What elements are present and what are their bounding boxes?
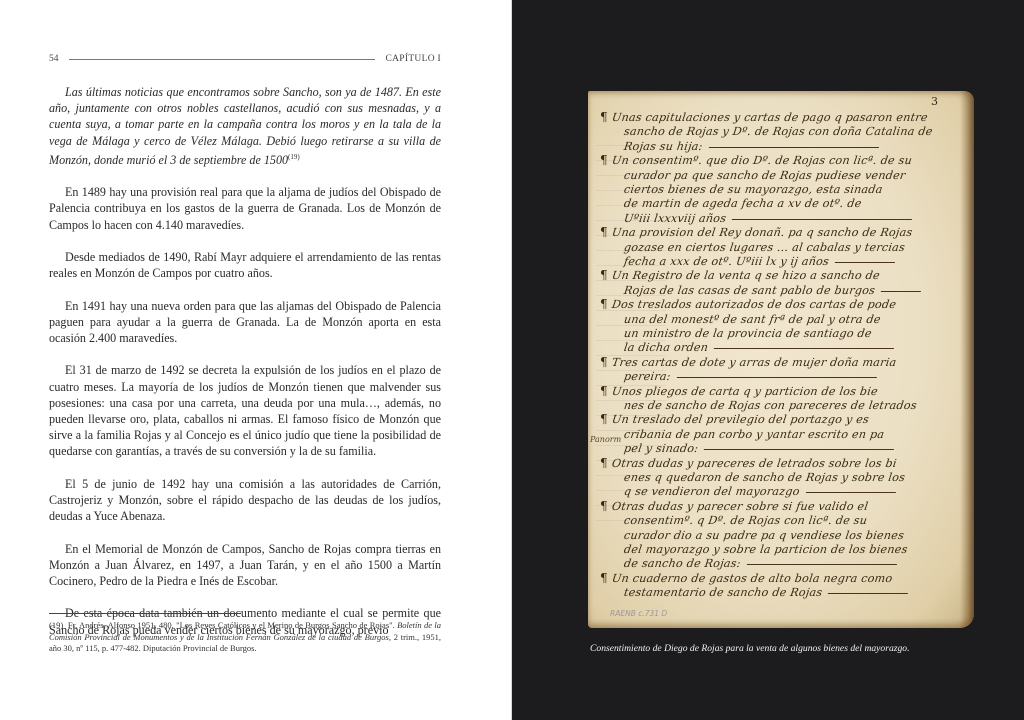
- paragraph-2: En 1489 hay una provisión real para que …: [49, 184, 441, 233]
- line-filler: [704, 449, 894, 450]
- line-filler: [747, 564, 897, 565]
- folio-number: 3: [931, 95, 938, 108]
- manuscript-line: Rojas de las casas de sant pablo de burg…: [623, 284, 922, 297]
- manuscript-line: una del monestº de sant frª de pal y otr…: [623, 313, 882, 326]
- header-rule: [69, 59, 376, 60]
- entry-mark-icon: ¶: [600, 268, 608, 282]
- manuscript-line: sancho de Rojas y Dº. de Rojas con doña …: [623, 125, 933, 138]
- running-head: 54 CAPÍTULO I: [49, 52, 441, 66]
- line-filler: [806, 492, 896, 493]
- manuscript-line: gozase en ciertos lugares ... al cabalas…: [623, 241, 906, 254]
- paragraph-7: En el Memorial de Monzón de Campos, Sanc…: [49, 541, 441, 590]
- entry-mark-icon: ¶: [600, 153, 608, 167]
- page-number: 54: [49, 54, 59, 64]
- paragraph-6: El 5 de junio de 1492 hay una comisión a…: [49, 476, 441, 525]
- manuscript-line: un ministro de la provincia de santiago …: [623, 327, 873, 340]
- manuscript-line: curador dio a su padre pa q vendiese los…: [623, 529, 905, 542]
- book-spread: 54 CAPÍTULO I Las últimas noticias que e…: [0, 0, 1024, 720]
- entry-mark-icon: ¶: [600, 355, 608, 369]
- manuscript-line: pereira:: [623, 370, 878, 383]
- entry-mark-icon: ¶: [600, 110, 608, 124]
- line-filler: [835, 262, 895, 263]
- manuscript-line: Otras dudas y pareceres de letrados sobr…: [611, 457, 897, 470]
- paragraph-4: En 1491 hay una nueva orden para que las…: [49, 298, 441, 347]
- entry-mark-icon: ¶: [600, 456, 608, 470]
- manuscript-image: 3 Panorm RAENB c.731 D ¶Unas capitulacio…: [588, 91, 974, 628]
- paragraph-5: El 31 de marzo de 1492 se decreta la exp…: [49, 362, 441, 459]
- manuscript-line: Unos pliegos de carta q y particion de l…: [611, 385, 879, 398]
- manuscript-line: Unas capitulaciones y cartas de pago q p…: [611, 111, 928, 124]
- footnote-ref[interactable]: (19): [288, 153, 300, 161]
- manuscript-line: Un consentimº. que dio Dº. de Rojas con …: [611, 154, 913, 167]
- manuscript-line: ciertos bienes de su mayorazgo, esta sin…: [623, 183, 883, 196]
- manuscript-line: Una provision del Rey donañ. pa q sancho…: [611, 226, 913, 239]
- right-page: 3 Panorm RAENB c.731 D ¶Unas capitulacio…: [512, 0, 1024, 720]
- manuscript-line: Rojas su hija:: [623, 140, 879, 153]
- manuscript-line: Un treslado del previlegio del portazgo …: [611, 413, 870, 426]
- manuscript-line: cribania de pan corbo y yantar escrito e…: [623, 428, 885, 441]
- manuscript-line: curador pa que sancho de Rojas pudiese v…: [623, 169, 906, 182]
- chapter-title: CAPÍTULO I: [385, 54, 441, 64]
- manuscript-line: q se vendieron del mayorazgo: [623, 485, 896, 498]
- manuscript-line: nes de sancho de Rojas con pareceres de …: [623, 399, 918, 412]
- manuscript-line: pel y sinado:: [623, 442, 895, 455]
- manuscript-line: de martin de ageda fecha a xv de otº. de: [623, 197, 862, 210]
- line-filler: [881, 290, 921, 291]
- entry-mark-icon: ¶: [600, 297, 608, 311]
- left-page: 54 CAPÍTULO I Las últimas noticias que e…: [0, 0, 512, 720]
- paragraph-1: Las últimas noticias que encontramos sob…: [49, 84, 441, 168]
- manuscript-line: enes q quedaron de sancho de Rojas y sob…: [623, 471, 906, 484]
- entry-mark-icon: ¶: [600, 225, 608, 239]
- entry-mark-icon: ¶: [600, 571, 608, 585]
- manuscript-line: Otras dudas y parecer sobre si fue valid…: [611, 500, 869, 513]
- manuscript-line: testamentario de sancho de Rojas: [623, 586, 909, 599]
- footnote: (19) Fr. Andrés, Alfonso 1951, 480. "Los…: [49, 620, 441, 655]
- manuscript-line: Uºiii lxxxviij años: [623, 212, 913, 225]
- manuscript-line: la dicha orden: [623, 341, 895, 354]
- footnote-number: (19): [49, 620, 63, 630]
- manuscript-line: consentimº. q Dº. de Rojas con licª. de …: [623, 514, 868, 527]
- manuscript-line: fecha a xxx de otº. Uºiii lx y ij años: [623, 255, 896, 268]
- footnote-rule: [49, 613, 241, 614]
- paragraph-3: Desde mediados de 1490, Rabí Mayr adquie…: [49, 249, 441, 281]
- line-filler: [708, 146, 878, 147]
- line-filler: [714, 348, 894, 349]
- manuscript-line: de sancho de Rojas:: [623, 557, 897, 570]
- manuscript-line: del mayorazgo y sobre la particion de lo…: [623, 543, 908, 556]
- archive-stamp: RAENB c.731 D: [610, 609, 667, 618]
- manuscript-line: Tres cartas de dote y arras de mujer doñ…: [611, 356, 897, 369]
- entry-mark-icon: ¶: [600, 499, 608, 513]
- entry-mark-icon: ¶: [600, 384, 608, 398]
- line-filler: [732, 218, 912, 219]
- line-filler: [677, 377, 877, 378]
- entry-mark-icon: ¶: [600, 412, 608, 426]
- manuscript-line: Un Registro de la venta q se hizo a sanc…: [611, 269, 881, 282]
- margin-note: Panorm: [590, 435, 621, 444]
- figure-caption: Consentimiento de Diego de Rojas para la…: [590, 643, 1010, 654]
- manuscript-line: Un cuaderno de gastos de alto bola negra…: [611, 572, 893, 585]
- line-filler: [828, 593, 908, 594]
- manuscript-line: Dos treslados autorizados de dos cartas …: [611, 298, 897, 311]
- body-text: Las últimas noticias que encontramos sob…: [49, 84, 441, 654]
